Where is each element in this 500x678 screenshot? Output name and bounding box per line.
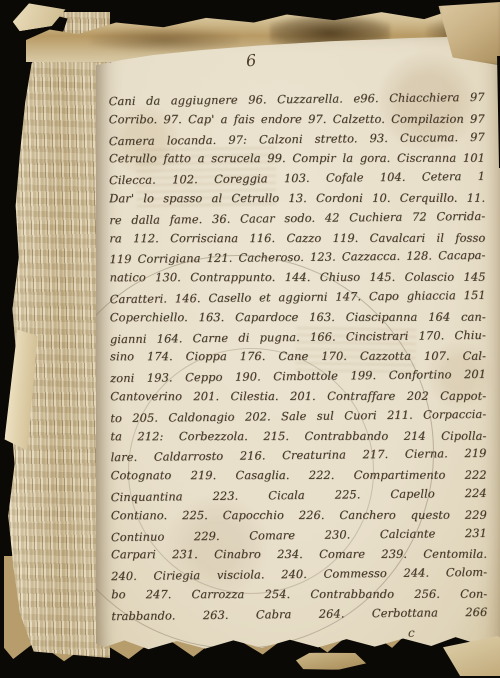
catchword: c: [408, 626, 428, 640]
manuscript-line: to 205. Caldonagio 202. Sale sul Cuori 2…: [110, 405, 486, 429]
manuscript-line: Cani da aggiugnere 96. Cuzzarella. e96. …: [109, 88, 485, 112]
photo-background: 6 Cani da aggiugnere 96. Cuzzarella. e96…: [0, 0, 500, 678]
manuscript-line: Cilecca. 102. Coreggia 103. Cofale 104. …: [109, 167, 485, 191]
handwritten-text-block: Cani da aggiugnere 96. Cuzzarella. e96. …: [109, 89, 488, 625]
page-number: 6: [245, 48, 277, 70]
manuscript-line: Carpari 231. Cinabro 234. Comare 239. Ce…: [111, 545, 487, 565]
manuscript-line: trabbando. 263. Cabra 264. Cerbottana 26…: [111, 603, 487, 627]
manuscript-line: Cinquantina 223. Cicala 225. Capello 224: [111, 484, 487, 508]
manuscript-line: Coperchiello. 163. Capardoce 163. Ciasci…: [110, 308, 486, 328]
manuscript-line: Contiano. 225. Capocchio 226. Canchero q…: [111, 505, 487, 525]
manuscript-line: 240. Ciriegia visciola. 240. Commesso 24…: [111, 563, 487, 587]
manuscript-line: Corribo. 97. Cap' a fais endore 97. Calz…: [109, 110, 485, 130]
manuscript-line: zoni 193. Ceppo 190. Cimbottole 199. Con…: [110, 365, 486, 389]
paper-fragment-bottom-right: [443, 636, 500, 676]
manuscript-line: Cotognato 219. Casaglia. 222. Compartime…: [111, 466, 487, 486]
manuscript-line: re dalla fame. 36. Cacar sodo. 42 Cuchie…: [109, 207, 485, 231]
manuscript-line: bo 247. Carrozza 254. Contrabbando 256. …: [111, 585, 487, 605]
manuscript-line: 119 Corrigiana 121. Cacheroso. 123. Cazz…: [109, 246, 485, 270]
manuscript-line: Dar' lo spasso al Cetrullo 13. Cordoni 1…: [109, 189, 485, 209]
torn-flap-top-left: [10, 0, 67, 32]
manuscript-line: natico 130. Contrappunto. 144. Chiuso 14…: [110, 268, 486, 288]
manuscript-line: lare. Caldarrosto 216. Creaturina 217. C…: [110, 444, 486, 468]
manuscript-line: Cantoverino 201. Cilestia. 201. Contraff…: [110, 387, 486, 407]
manuscript-line: sino 174. Cioppa 176. Cane 170. Cazzotta…: [110, 347, 486, 367]
manuscript-line: Caratteri. 146. Casello et aggiorni 147.…: [110, 286, 486, 310]
manuscript-line: Cetrullo fatto a scrucela 99. Compir la …: [109, 149, 485, 169]
stain-light: [90, 28, 240, 52]
paper-fragment-bottom: [296, 651, 367, 671]
manuscript-page: 6 Cani da aggiugnere 96. Cuzzarella. e96…: [96, 26, 500, 660]
